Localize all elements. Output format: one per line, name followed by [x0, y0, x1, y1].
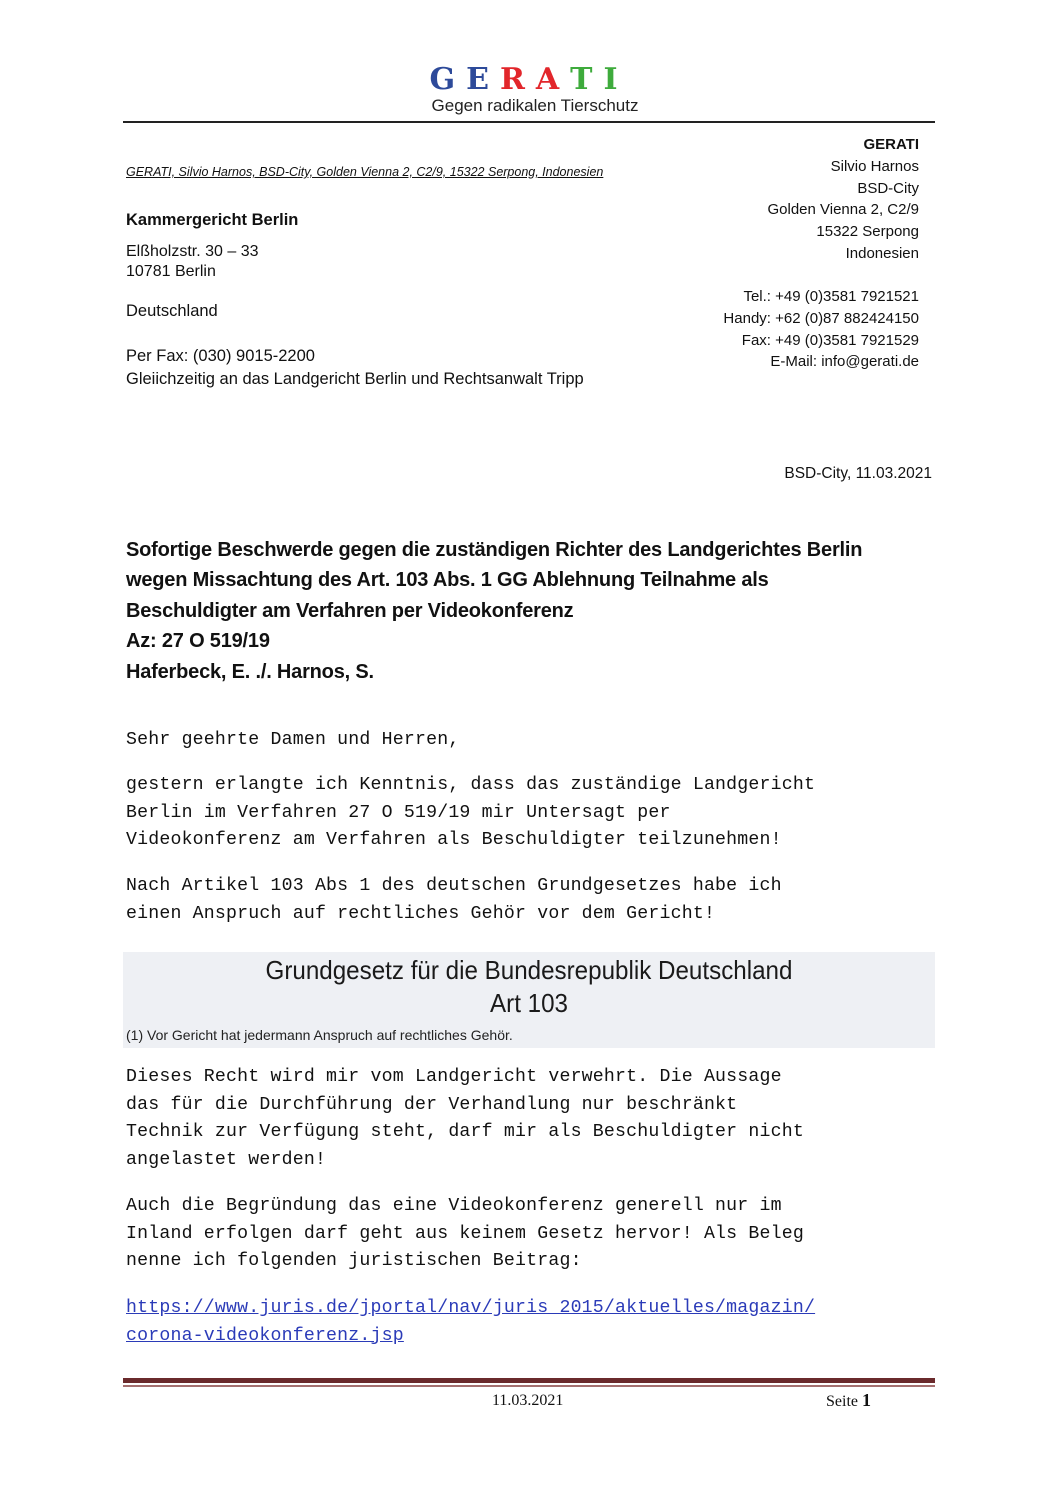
footer-divider-thin — [123, 1385, 935, 1387]
footer-divider — [123, 1378, 935, 1383]
sender-tel: Tel.: +49 (0)3581 7921521 — [723, 286, 919, 308]
footer-date: 11.03.2021 — [492, 1390, 563, 1412]
sender-fax: Fax: +49 (0)3581 7921529 — [723, 330, 919, 352]
logo-letter: E — [466, 63, 500, 97]
recipient-name: Kammergericht Berlin — [126, 210, 298, 230]
law-quote-box: Grundgesetz für die Bundesrepublik Deuts… — [123, 952, 935, 1048]
sender-return-address: GERATI, Silvio Harnos, BSD-City, Golden … — [126, 164, 603, 180]
body-paragraph: Dieses Recht wird mir vom Landgericht ve… — [126, 1064, 804, 1174]
logo-letter: R — [500, 63, 536, 97]
recipient-street: Elßholzstr. 30 – 33 — [126, 242, 259, 261]
quote-title: Grundgesetz für die Bundesrepublik Deuts… — [151, 955, 906, 986]
sender-district: BSD-City — [767, 178, 919, 200]
sender-name: Silvio Harnos — [767, 156, 919, 178]
case-parties: Haferbeck, E. ./. Harnos, S. — [126, 657, 946, 687]
quote-text: (1) Vor Gericht hat jedermann Anspruch a… — [126, 1026, 513, 1044]
cc-line: Gleiichzeitig an das Landgericht Berlin … — [126, 369, 584, 389]
logo-letter: A — [536, 63, 570, 97]
page-label: Seite — [826, 1393, 858, 1410]
sender-city: 15322 Serpong — [767, 221, 919, 243]
case-number: Az: 27 O 519/19 — [126, 626, 946, 656]
sender-address-block: GERATI Silvio Harnos BSD-City Golden Vie… — [767, 134, 919, 265]
recipient-fax: Per Fax: (030) 9015-2200 — [126, 346, 315, 366]
page-number-value: 1 — [862, 1390, 871, 1410]
subject-heading: Sofortige Beschwerde gegen die zuständig… — [126, 535, 946, 687]
sender-org: GERATI — [767, 134, 919, 156]
quote-article: Art 103 — [151, 988, 906, 1019]
sender-country: Indonesien — [767, 243, 919, 265]
subject-line: wegen Missachtung des Art. 103 Abs. 1 GG… — [126, 565, 946, 595]
sender-mobile: Handy: +62 (0)87 882424150 — [723, 308, 919, 330]
recipient-city: 10781 Berlin — [126, 262, 216, 281]
sender-contact-block: Tel.: +49 (0)3581 7921521 Handy: +62 (0)… — [723, 286, 919, 373]
recipient-country: Deutschland — [126, 301, 218, 321]
logo-letter: I — [604, 63, 629, 97]
reference-link[interactable]: https://www.juris.de/jportal/nav/juris_2… — [126, 1295, 815, 1350]
body-paragraph: Nach Artikel 103 Abs 1 des deutschen Gru… — [126, 873, 782, 928]
logo-wordmark: GERATI — [0, 63, 1058, 97]
sender-email: E-Mail: info@gerati.de — [723, 351, 919, 373]
sender-street: Golden Vienna 2, C2/9 — [767, 199, 919, 221]
subject-line: Sofortige Beschwerde gegen die zuständig… — [126, 535, 946, 565]
logo-letter: G — [429, 63, 466, 97]
logo-letter: T — [570, 63, 603, 97]
letter-date: BSD-City, 11.03.2021 — [784, 464, 932, 484]
header-divider — [123, 121, 935, 123]
salutation: Sehr geehrte Damen und Herren, — [126, 727, 459, 755]
body-paragraph: gestern erlangte ich Kenntnis, dass das … — [126, 772, 815, 855]
body-paragraph: Auch die Begründung das eine Videokonfer… — [126, 1193, 804, 1276]
logo-tagline: Gegen radikalen Tierschutz — [0, 96, 1058, 116]
page-number: Seite 1 — [826, 1389, 871, 1413]
subject-line: Beschuldigter am Verfahren per Videokonf… — [126, 596, 946, 626]
